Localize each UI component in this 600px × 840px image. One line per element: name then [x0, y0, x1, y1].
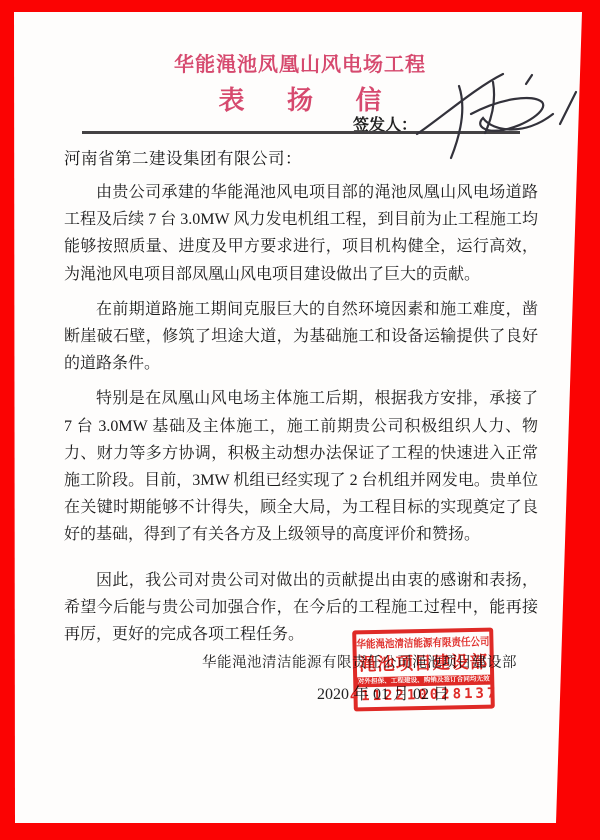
paragraph-1: 由贵公司承建的华能渑池风电项目部的渑池凤凰山风电场道路工程及后续 7 台 3.0…	[64, 179, 538, 288]
letter-body: 由贵公司承建的华能渑池风电项目部的渑池凤凰山风电场道路工程及后续 7 台 3.0…	[64, 179, 538, 656]
addressee-line: 河南省第二建设集团有限公司：	[64, 145, 302, 169]
stamp-department-name: 渑池项目建设部	[358, 649, 488, 677]
paragraph-2: 在前期道路施工期间克服巨大的自然环境因素和施工难度，凿断崖破石壁，修筑了坦途大道…	[64, 296, 538, 378]
stamp-serial-number: 4112210028137	[350, 685, 499, 704]
stamp-company-name: 华能渑池清洁能源有限责任公司	[356, 633, 489, 652]
company-stamp: 华能渑池清洁能源有限责任公司 渑池项目建设部 对外担保、工程建设、购销及签订合同…	[352, 628, 495, 712]
scanned-letter-page: { "letter": { "frame_color": "#fb0303", …	[0, 0, 600, 840]
handwritten-signature-icon	[413, 70, 588, 165]
paragraph-3: 特别是在凤凰山风电场主体施工后期，根据我方安排，承接了 7 台 3.0MW 基础…	[64, 385, 538, 548]
letter-sheet: 华能渑池凤凰山风电场工程 表 扬 信 签发人： 河南省第二建设集团有限公司： 由…	[0, 0, 600, 840]
